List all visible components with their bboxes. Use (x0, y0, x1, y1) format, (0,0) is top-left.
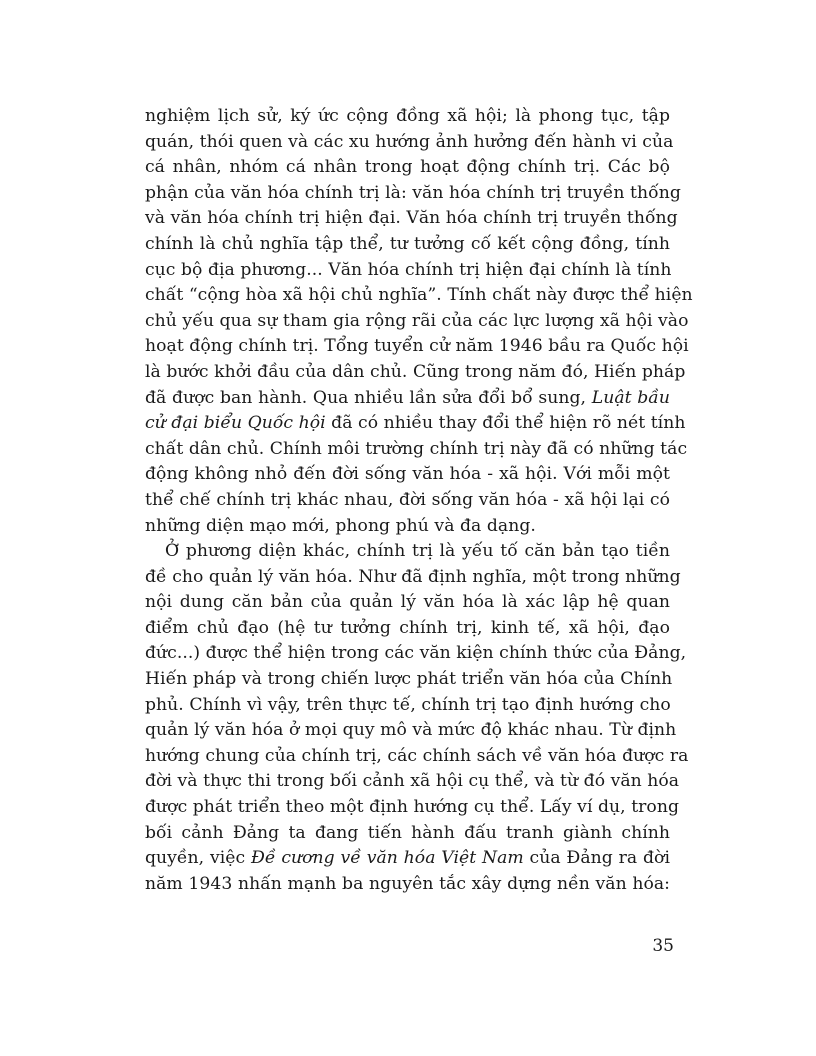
text-line: điểm chủ đạo (hệ tư tưởng chính trị, kin… (145, 616, 670, 642)
text-segment: hoạt động chính trị. Tổng tuyển cử năm 1… (145, 336, 689, 356)
text-line: quán, thói quen và các xu hướng ảnh hưởn… (145, 130, 670, 156)
text-segment: là bước khởi đầu của dân chủ. Cũng trong… (145, 362, 685, 382)
text-segment: cá nhân, nhóm cá nhân trong hoạt động ch… (145, 157, 670, 177)
text-segment: đã có nhiều thay đổi thể hiện rõ nét tín… (326, 413, 686, 433)
text-line: động không nhỏ đến đời sống văn hóa - xã… (145, 462, 670, 488)
text-segment: nghiệm lịch sử, ký ức cộng đồng xã hội; … (145, 106, 670, 126)
document-page: nghiệm lịch sử, ký ức cộng đồng xã hội; … (0, 0, 816, 1056)
text-segment: Hiến pháp và trong chiến lược phát triển… (145, 669, 672, 689)
text-segment: phận của văn hóa chính trị là: văn hóa c… (145, 183, 681, 203)
text-segment: bối cảnh Đảng ta đang tiến hành đấu tran… (145, 823, 670, 843)
text-segment: năm 1943 nhấn mạnh ba nguyên tắc xây dựn… (145, 874, 670, 894)
text-segment: chất dân chủ. Chính môi trường chính trị… (145, 439, 687, 459)
text-segment: đã được ban hành. Qua nhiều lần sửa đổi … (145, 388, 592, 408)
text-segment: đề cho quản lý văn hóa. Như đã định nghĩ… (145, 567, 681, 587)
text-segment: chất “cộng hòa xã hội chủ nghĩa”. Tính c… (145, 285, 693, 305)
text-segment: và văn hóa chính trị hiện đại. Văn hóa c… (145, 208, 678, 228)
text-segment: quyền, việc (145, 848, 251, 868)
text-segment: chủ yếu qua sự tham gia rộng rãi của các… (145, 311, 689, 331)
text-segment: cục bộ địa phương... Văn hóa chính trị h… (145, 260, 672, 280)
text-line: những diện mạo mới, phong phú và đa dạng… (145, 514, 670, 540)
text-line: chất dân chủ. Chính môi trường chính trị… (145, 437, 670, 463)
text-line: là bước khởi đầu của dân chủ. Cũng trong… (145, 360, 670, 386)
text-segment: phủ. Chính vì vậy, trên thực tế, chính t… (145, 695, 671, 715)
text-segment: hướng chung của chính trị, các chính sác… (145, 746, 688, 766)
text-line: cục bộ địa phương... Văn hóa chính trị h… (145, 258, 670, 284)
text-line: đức...) được thể hiện trong các văn kiện… (145, 641, 670, 667)
text-line: phủ. Chính vì vậy, trên thực tế, chính t… (145, 693, 670, 719)
text-segment: động không nhỏ đến đời sống văn hóa - xã… (145, 464, 670, 484)
text-line: chính là chủ nghĩa tập thể, tư tưởng cố … (145, 232, 670, 258)
text-segment: quán, thói quen và các xu hướng ảnh hưởn… (145, 132, 673, 152)
text-segment: chính là chủ nghĩa tập thể, tư tưởng cố … (145, 234, 670, 254)
text-segment: của Đảng ra đời (524, 848, 670, 868)
text-line: chủ yếu qua sự tham gia rộng rãi của các… (145, 309, 670, 335)
text-segment: nội dung căn bản của quản lý văn hóa là … (145, 592, 670, 612)
text-line: hướng chung của chính trị, các chính sác… (145, 744, 670, 770)
text-segment: thể chế chính trị khác nhau, đời sống vă… (145, 490, 670, 510)
text-line: cử đại biểu Quốc hội đã có nhiều thay đổ… (145, 411, 670, 437)
text-segment: quản lý văn hóa ở mọi quy mô và mức độ k… (145, 720, 676, 740)
text-segment: được phát triển theo một định hướng cụ t… (145, 797, 679, 817)
text-line: được phát triển theo một định hướng cụ t… (145, 795, 670, 821)
text-line: cá nhân, nhóm cá nhân trong hoạt động ch… (145, 155, 670, 181)
text-line: và văn hóa chính trị hiện đại. Văn hóa c… (145, 206, 670, 232)
text-line: năm 1943 nhấn mạnh ba nguyên tắc xây dựn… (145, 872, 670, 898)
text-line: chất “cộng hòa xã hội chủ nghĩa”. Tính c… (145, 283, 670, 309)
page-number: 35 (640, 936, 674, 956)
text-line: phận của văn hóa chính trị là: văn hóa c… (145, 181, 670, 207)
text-line: Ở phương diện khác, chính trị là yếu tố … (145, 539, 670, 565)
text-line: đời và thực thi trong bối cảnh xã hội cụ… (145, 769, 670, 795)
italic-title-text: Luật bầu (592, 388, 670, 408)
italic-title-text: Đề cương về văn hóa Việt Nam (251, 848, 524, 868)
italic-title-text: cử đại biểu Quốc hội (145, 413, 326, 433)
text-segment: những diện mạo mới, phong phú và đa dạng… (145, 516, 536, 536)
text-segment: điểm chủ đạo (hệ tư tưởng chính trị, kin… (145, 618, 670, 638)
text-line: đã được ban hành. Qua nhiều lần sửa đổi … (145, 386, 670, 412)
text-segment: đức...) được thể hiện trong các văn kiện… (145, 643, 686, 663)
text-line: quyền, việc Đề cương về văn hóa Việt Nam… (145, 846, 670, 872)
body-text: nghiệm lịch sử, ký ức cộng đồng xã hội; … (145, 104, 670, 897)
text-line: hoạt động chính trị. Tổng tuyển cử năm 1… (145, 334, 670, 360)
text-line: thể chế chính trị khác nhau, đời sống vă… (145, 488, 670, 514)
text-segment: Ở phương diện khác, chính trị là yếu tố … (165, 541, 670, 561)
text-line: đề cho quản lý văn hóa. Như đã định nghĩ… (145, 565, 670, 591)
text-line: bối cảnh Đảng ta đang tiến hành đấu tran… (145, 821, 670, 847)
text-segment: đời và thực thi trong bối cảnh xã hội cụ… (145, 771, 679, 791)
text-line: Hiến pháp và trong chiến lược phát triển… (145, 667, 670, 693)
text-line: nghiệm lịch sử, ký ức cộng đồng xã hội; … (145, 104, 670, 130)
text-line: quản lý văn hóa ở mọi quy mô và mức độ k… (145, 718, 670, 744)
text-line: nội dung căn bản của quản lý văn hóa là … (145, 590, 670, 616)
